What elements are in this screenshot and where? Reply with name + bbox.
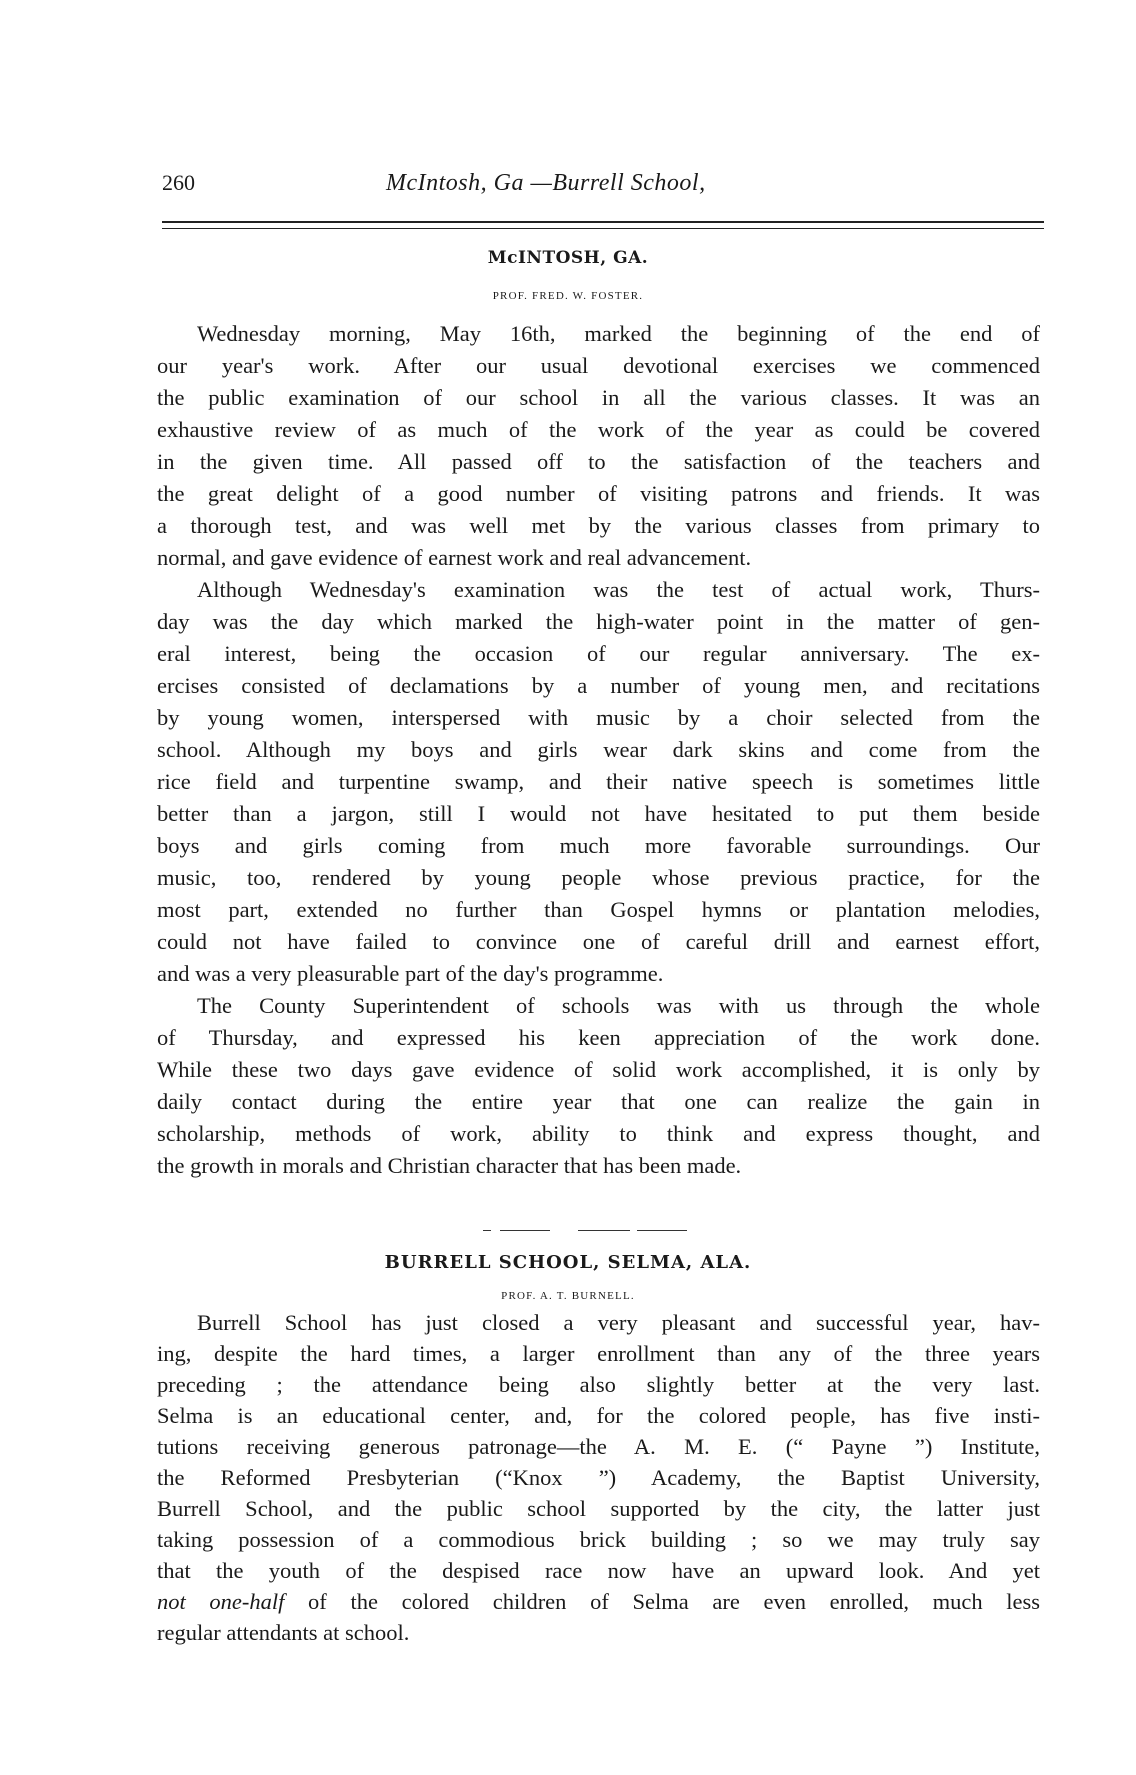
text-line: could not have failed to convince one of…: [157, 926, 1040, 958]
section-byline-burrell: PROF. A. T. BURNELL.: [0, 1290, 1136, 1302]
section-heading-burrell: BURRELL SCHOOL, SELMA, ALA.: [0, 1252, 1136, 1273]
text-line: ing, despite the hard times, a larger en…: [157, 1338, 1040, 1369]
header-rule-thin: [162, 228, 1044, 229]
separator-dash: [637, 1230, 687, 1231]
section-heading-mcintosh: McINTOSH, GA.: [0, 248, 1136, 268]
text-line: Burrell School has just closed a very pl…: [157, 1307, 1040, 1338]
text-line: rice field and turpentine swamp, and the…: [157, 766, 1040, 798]
text-line: taking possession of a commodious brick …: [157, 1524, 1040, 1555]
text-line: our year's work. After our usual devotio…: [157, 350, 1040, 382]
header-rule-thick: [162, 221, 1044, 223]
separator-dash: [483, 1230, 491, 1231]
text-line: the great delight of a good number of vi…: [157, 478, 1040, 510]
text-line: While these two days gave evidence of so…: [157, 1054, 1040, 1086]
section-byline-mcintosh: PROF. FRED. W. FOSTER.: [0, 290, 1136, 302]
text-fragment: of the colored children of Selma are eve…: [308, 1589, 1040, 1614]
text-line: by young women, interspersed with music …: [157, 702, 1040, 734]
section-body-burrell: Burrell School has just closed a very pl…: [157, 1307, 1040, 1648]
separator-dash: [578, 1230, 630, 1231]
text-line: school. Although my boys and girls wear …: [157, 734, 1040, 766]
text-line: normal, and gave evidence of earnest wor…: [157, 542, 1040, 574]
text-line: Wednesday morning, May 16th, marked the …: [157, 318, 1040, 350]
text-line: daily contact during the entire year tha…: [157, 1086, 1040, 1118]
text-line: not one-half of the colored children of …: [157, 1586, 1040, 1617]
book-page: 260 McIntosh, Ga —Burrell School, McINTO…: [0, 0, 1136, 1775]
text-line: the public examination of our school in …: [157, 382, 1040, 414]
section-body-mcintosh: Wednesday morning, May 16th, marked the …: [157, 318, 1040, 1182]
running-head: 260 McIntosh, Ga —Burrell School,: [160, 170, 1045, 204]
italic-phrase: not one-half: [157, 1589, 284, 1614]
text-line: most part, extended no further than Gosp…: [157, 894, 1040, 926]
text-line: eral interest, being the occasion of our…: [157, 638, 1040, 670]
text-line: day was the day which marked the high-wa…: [157, 606, 1040, 638]
text-line: a thorough test, and was well met by the…: [157, 510, 1040, 542]
text-line: boys and girls coming from much more fav…: [157, 830, 1040, 862]
text-line: and was a very pleasurable part of the d…: [157, 958, 1040, 990]
text-line: the growth in morals and Christian chara…: [157, 1150, 1040, 1182]
text-line: exhaustive review of as much of the work…: [157, 414, 1040, 446]
text-line: Selma is an educational center, and, for…: [157, 1400, 1040, 1431]
text-line: Burrell School, and the public school su…: [157, 1493, 1040, 1524]
text-line: in the given time. All passed off to the…: [157, 446, 1040, 478]
text-line: of Thursday, and expressed his keen appr…: [157, 1022, 1040, 1054]
text-line: The County Superintendent of schools was…: [157, 990, 1040, 1022]
text-line: that the youth of the despised race now …: [157, 1555, 1040, 1586]
text-line: tutions receiving generous patronage—the…: [157, 1431, 1040, 1462]
text-line: preceding ; the attendance being also sl…: [157, 1369, 1040, 1400]
text-line: the Reformed Presbyterian (“Knox ”) Acad…: [157, 1462, 1040, 1493]
running-title: McIntosh, Ga —Burrell School,: [386, 170, 706, 197]
page-number: 260: [162, 170, 195, 196]
text-line: regular attendants at school.: [157, 1617, 1040, 1648]
text-line: ercises consisted of declamations by a n…: [157, 670, 1040, 702]
separator-dash: [500, 1230, 550, 1231]
text-line: better than a jargon, still I would not …: [157, 798, 1040, 830]
text-line: music, too, rendered by young people who…: [157, 862, 1040, 894]
text-line: Although Wednesday's examination was the…: [157, 574, 1040, 606]
text-line: scholarship, methods of work, ability to…: [157, 1118, 1040, 1150]
